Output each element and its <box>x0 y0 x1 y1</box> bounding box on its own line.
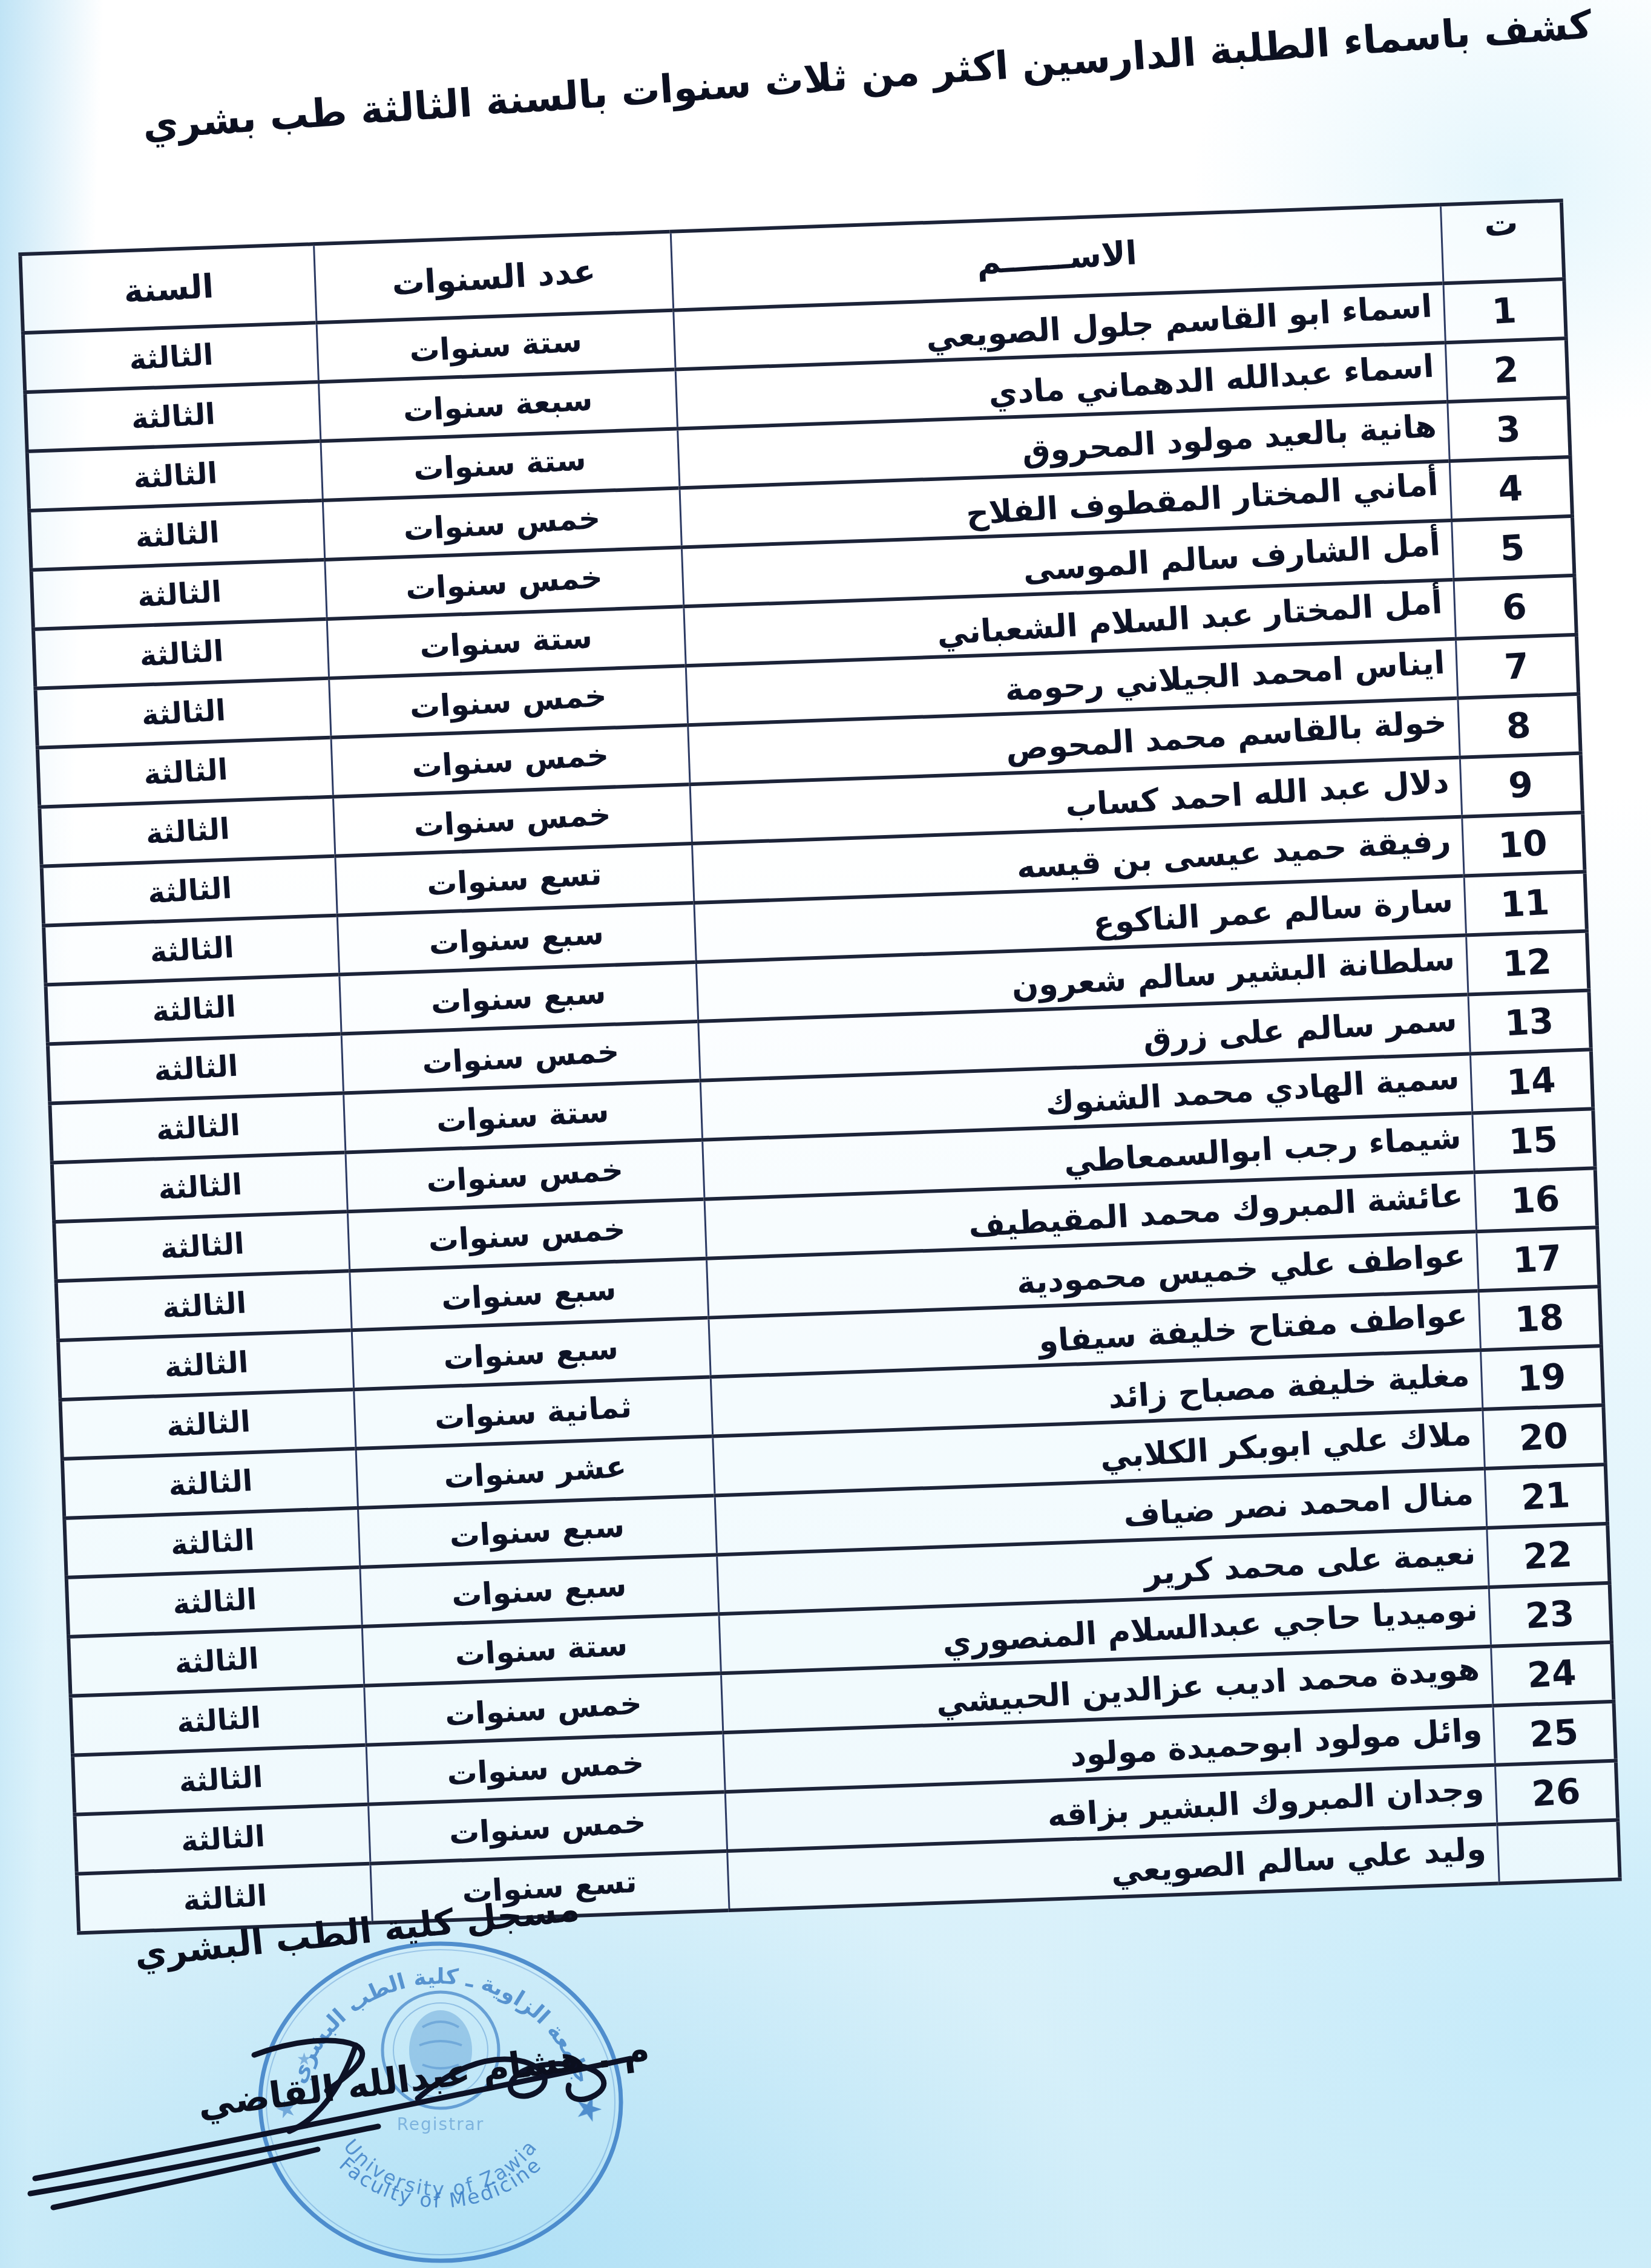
row-years-cell-text: عشر سنوات <box>443 1449 628 1495</box>
row-year-cell: الثالثة <box>42 856 337 926</box>
row-index-cell: 22 <box>1486 1524 1609 1587</box>
row-name-cell-text: نعيمة على محمد كرير <box>1143 1535 1477 1592</box>
row-index-cell-text: 5 <box>1499 526 1526 569</box>
row-index-cell-text: 23 <box>1524 1593 1575 1637</box>
row-index-cell-text: 19 <box>1515 1355 1567 1400</box>
row-name-cell-text: هانية بالعيد مولود المحروق <box>1021 408 1437 470</box>
row-year-cell-text: الثالثة <box>182 1879 268 1918</box>
row-years-cell-text: خمس سنوات <box>444 1685 643 1732</box>
row-years-cell-text: ثمانية سنوات <box>433 1389 632 1437</box>
row-name-cell-text: منال امحمد نصر ضياف <box>1123 1476 1475 1534</box>
row-year-cell-text: الثالثة <box>151 990 237 1029</box>
row-years-cell-text: سبعة سنوات <box>402 382 594 429</box>
row-index-cell-text: 24 <box>1526 1652 1578 1696</box>
row-index-cell: 7 <box>1456 635 1578 698</box>
row-index-cell: 25 <box>1493 1702 1616 1765</box>
row-years-cell-text: ستة سنوات <box>409 323 583 369</box>
row-years-cell-text: سبع سنوات <box>442 1331 620 1377</box>
row-index-cell: 6 <box>1454 575 1577 639</box>
students-table-wrapper: ت الاســــــم عدد السنوات السنة 1اسماء ا… <box>18 198 1618 1935</box>
row-index-cell-text: 13 <box>1503 1000 1555 1044</box>
header-year: السنة <box>20 244 316 333</box>
row-year-cell-text: الثالثة <box>143 753 229 792</box>
row-index-cell-text: 11 <box>1499 882 1551 926</box>
row-year-cell: الثالثة <box>48 1034 343 1103</box>
row-index-cell-text: 26 <box>1530 1771 1581 1815</box>
row-year-cell: الثالثة <box>56 1271 352 1340</box>
row-year-cell: الثالثة <box>73 1745 368 1815</box>
row-year-cell-text: الثالثة <box>171 1582 257 1622</box>
row-index-cell: 2 <box>1445 338 1568 402</box>
row-years-cell-text: سبع سنوات <box>441 1271 618 1317</box>
row-index-cell: 15 <box>1472 1109 1595 1172</box>
row-index-cell-text: 2 <box>1492 349 1520 391</box>
row-year-cell: الثالثة <box>68 1627 364 1696</box>
row-years-cell-text: سبع سنوات <box>430 975 607 1021</box>
row-years-cell-text: خمس سنوات <box>427 1211 626 1259</box>
row-index-cell-text: 12 <box>1502 941 1553 985</box>
row-year-cell-text: الثالثة <box>145 812 231 851</box>
row-year-cell-text: الثالثة <box>168 1464 254 1503</box>
row-year-cell: الثالثة <box>58 1330 353 1400</box>
row-index-cell-text: 20 <box>1518 1415 1569 1459</box>
signature-stroke-3 <box>53 2149 318 2207</box>
row-year-cell: الثالثة <box>31 560 327 629</box>
row-index-cell-text: 21 <box>1520 1474 1571 1518</box>
row-years-cell-text: خمس سنوات <box>421 1034 620 1081</box>
row-index-cell-text: 22 <box>1522 1533 1574 1578</box>
row-name-cell-text: أمل الشارف سالم الموسى <box>1022 526 1442 589</box>
row-index-cell: 16 <box>1474 1168 1597 1231</box>
row-index-cell <box>1497 1820 1620 1884</box>
row-index-cell: 9 <box>1460 753 1583 817</box>
row-name-cell-text: وليد علي سالم الصويعي <box>1110 1831 1487 1891</box>
row-years-cell-text: خمس سنوات <box>402 500 602 548</box>
row-year-cell: الثالثة <box>64 1508 359 1578</box>
row-name-cell-text: اسماء عبدالله الدهماني مادي <box>988 349 1435 413</box>
row-index-cell-text: 8 <box>1505 704 1532 747</box>
row-year-cell: الثالثة <box>29 500 324 570</box>
row-index-cell-text: 6 <box>1501 586 1528 628</box>
row-index-cell: 1 <box>1443 279 1566 342</box>
row-name-cell-text: سمية الهادي محمد الشنوك <box>1044 1060 1460 1123</box>
row-index-cell-text: 16 <box>1509 1178 1561 1222</box>
row-name-cell-text: شيماء رجب ابوالسمعاطي <box>1063 1119 1462 1181</box>
row-year-cell-text: الثالثة <box>180 1820 266 1859</box>
row-year-cell: الثالثة <box>35 678 330 748</box>
row-index-cell-text: 25 <box>1528 1711 1580 1755</box>
row-year-cell: الثالثة <box>38 738 333 807</box>
row-name-cell-text: ملاك علي ابوبكر الكلابي <box>1099 1416 1472 1475</box>
row-year-cell-text: الثالثة <box>146 871 232 911</box>
row-years-cell-text: تسع سنوات <box>426 856 603 902</box>
row-year-cell-text: الثالثة <box>165 1404 251 1444</box>
row-year-cell-text: الثالثة <box>163 1345 249 1385</box>
row-year-cell-text: الثالثة <box>178 1760 264 1800</box>
row-index-cell-text: 14 <box>1505 1059 1557 1103</box>
row-year-cell-text: الثالثة <box>134 516 220 555</box>
row-index-cell-text: 4 <box>1497 467 1524 510</box>
row-name-cell-text: مغلية خليفة مصباح زائد <box>1107 1357 1470 1415</box>
row-name-cell-text: وجدان المبروك البشير بزاقه <box>1046 1771 1485 1834</box>
row-name-cell-text: عواطف علي خميس محمودية <box>1016 1237 1466 1302</box>
row-name-cell-text: خولة بالقاسم محمد المحوص <box>1005 704 1448 768</box>
row-year-cell: الثالثة <box>23 323 318 392</box>
row-index-cell: 12 <box>1466 931 1589 995</box>
row-index-cell-text: 1 <box>1491 289 1518 332</box>
row-index-cell-text: 18 <box>1514 1296 1565 1340</box>
row-name-cell-text: سمر سالم على زرق <box>1142 1002 1458 1058</box>
row-year-cell-text: الثالثة <box>159 1227 245 1266</box>
row-years-cell-text: خمس سنوات <box>413 796 612 844</box>
row-name-cell-text: وائل مولود ابوحميدة مولود <box>1069 1712 1483 1774</box>
row-index-cell-text: 9 <box>1507 764 1534 806</box>
row-year-cell-text: الثالثة <box>149 931 235 970</box>
row-year-cell-text: الثالثة <box>155 1109 241 1148</box>
row-year-cell-text: الثالثة <box>130 397 216 436</box>
row-year-cell-text: الثالثة <box>128 338 214 377</box>
row-year-cell: الثالثة <box>67 1567 362 1637</box>
header-years: عدد السنوات <box>313 232 673 323</box>
signature-stroke-2 <box>30 2126 378 2194</box>
row-year-cell-text: الثالثة <box>161 1286 247 1325</box>
row-index-cell: 3 <box>1447 398 1570 461</box>
row-year-cell: الثالثة <box>62 1449 358 1518</box>
row-index-cell-text: 3 <box>1495 408 1522 450</box>
row-index-cell: 19 <box>1480 1346 1603 1409</box>
row-index-cell: 23 <box>1489 1583 1612 1647</box>
row-index-cell: 8 <box>1457 694 1580 758</box>
row-year-cell-text: الثالثة <box>139 634 225 674</box>
row-years-cell-text: ستة سنوات <box>435 1093 610 1139</box>
row-year-cell-text: الثالثة <box>136 575 222 614</box>
row-year-cell: الثالثة <box>50 1093 345 1162</box>
row-years-cell-text: خمس سنوات <box>411 737 610 784</box>
header-index: ت <box>1440 200 1564 283</box>
row-index-cell-text: 7 <box>1503 645 1531 687</box>
row-years-cell-text: خمس سنوات <box>448 1804 647 1851</box>
row-index-cell-text: 10 <box>1497 822 1549 867</box>
row-index-cell: 4 <box>1449 457 1572 520</box>
scanned-document-page: كشف باسماء الطلبة الدارسين اكثر من ثلاث … <box>0 0 1651 2268</box>
row-index-cell: 18 <box>1479 1286 1601 1350</box>
row-years-cell-text: سبع سنوات <box>451 1568 628 1614</box>
row-year-cell-text: الثالثة <box>174 1642 260 1681</box>
row-years-cell-text: ستة سنوات <box>454 1627 629 1673</box>
row-index-cell-text: 15 <box>1508 1118 1559 1162</box>
row-name-cell-text: رفيقة حميد عيسى بن قيسه <box>1016 822 1452 886</box>
row-name-cell-text: ايناس امحمد الجيلاني رحومة <box>1003 644 1445 709</box>
row-year-cell: الثالثة <box>45 975 341 1044</box>
row-year-cell: الثالثة <box>25 382 320 451</box>
page-title: كشف باسماء الطلبة الدارسين اكثر من ثلاث … <box>117 1 1617 151</box>
row-index-cell: 21 <box>1485 1464 1607 1528</box>
row-index-cell: 20 <box>1482 1405 1605 1469</box>
row-year-cell: الثالثة <box>39 797 335 867</box>
row-year-cell: الثالثة <box>74 1804 370 1874</box>
row-name-cell-text: أماني المختار المقطوف الفلاح <box>965 467 1440 533</box>
row-years-cell-text: خمس سنوات <box>409 678 608 725</box>
row-index-cell: 11 <box>1464 872 1587 936</box>
row-years-cell-text: سبع سنوات <box>448 1509 626 1555</box>
row-index-cell: 14 <box>1470 1049 1593 1113</box>
row-year-cell-text: الثالثة <box>157 1167 243 1207</box>
row-year-cell: الثالثة <box>60 1389 355 1459</box>
row-name-cell-text: عواطف مفتاح خليفة سيفاو <box>1037 1297 1468 1360</box>
row-years-cell-text: سبع سنوات <box>428 916 605 962</box>
row-year-cell-text: الثالثة <box>153 1049 239 1089</box>
students-table: ت الاســــــم عدد السنوات السنة 1اسماء ا… <box>18 198 1622 1935</box>
row-index-cell: 17 <box>1476 1227 1599 1291</box>
row-year-cell: الثالثة <box>52 1152 347 1222</box>
row-index-cell: 10 <box>1462 813 1584 876</box>
row-years-cell-text: ستة سنوات <box>419 620 594 666</box>
row-year-cell: الثالثة <box>27 441 323 511</box>
row-year-cell: الثالثة <box>71 1686 366 1755</box>
row-years-cell-text: خمس سنوات <box>425 1152 625 1199</box>
row-year-cell: الثالثة <box>44 916 339 985</box>
student-table-body: 1اسماء ابو القاسم جلول الصويعيستة سنواتا… <box>23 279 1620 1933</box>
row-index-cell: 26 <box>1495 1761 1618 1824</box>
row-year-cell: الثالثة <box>54 1211 349 1281</box>
row-name-cell-text: سارة سالم عمر الناكوع <box>1092 883 1454 942</box>
row-index-cell-text: 17 <box>1512 1237 1563 1281</box>
row-years-cell-text: ستة سنوات <box>413 442 588 488</box>
row-index-cell: 24 <box>1491 1642 1613 1706</box>
row-year-cell-text: الثالثة <box>132 456 218 496</box>
row-index-cell: 5 <box>1451 516 1574 580</box>
row-year-cell-text: الثالثة <box>169 1523 255 1562</box>
row-year-cell-text: الثالثة <box>176 1701 261 1740</box>
row-years-cell-text: خمس سنوات <box>446 1745 645 1792</box>
row-years-cell-text: خمس سنوات <box>404 559 603 606</box>
row-year-cell-text: الثالثة <box>140 693 226 733</box>
row-index-cell: 13 <box>1468 990 1590 1054</box>
row-name-cell-text: سلطانة البشير سالم شعرون <box>1011 941 1456 1005</box>
row-year-cell: الثالثة <box>33 619 329 689</box>
row-name-cell-text: دلال عبد الله احمد كساب <box>1064 764 1449 825</box>
